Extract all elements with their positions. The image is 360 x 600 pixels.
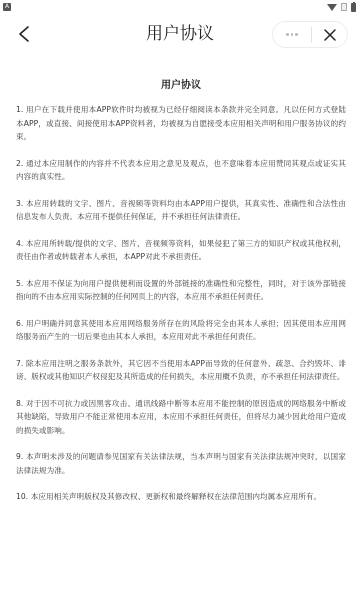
close-icon bbox=[323, 28, 337, 42]
no-sim-icon bbox=[341, 3, 347, 11]
more-dots-icon bbox=[291, 33, 294, 36]
clause-7: 7. 除本应用注明之服务条款外，其它因不当使用本APP而导致的任何意外、疏忽、合… bbox=[16, 357, 346, 384]
more-button[interactable] bbox=[273, 22, 311, 47]
clause-8: 8. 对于因不可抗力或因黑客攻击、通讯线路中断等本应用不能控制的原因造成的网络服… bbox=[16, 397, 346, 438]
clause-2: 2. 通过本应用制作的内容并不代表本应用之意见及观点，也不意味着本应用赞同其观点… bbox=[16, 157, 346, 184]
more-dots-icon bbox=[286, 33, 289, 36]
wifi-icon bbox=[327, 4, 337, 11]
status-icons bbox=[327, 2, 356, 12]
notification-a-icon: A bbox=[3, 3, 11, 11]
nav-bar: 用户协议 bbox=[0, 14, 360, 54]
mini-program-capsule bbox=[272, 21, 348, 48]
clause-6: 6. 用户明确并同意其使用本应用网络服务所存在的风险将完全由其本人承担；因其使用… bbox=[16, 317, 346, 344]
close-button[interactable] bbox=[312, 22, 347, 47]
chevron-left-icon bbox=[17, 25, 31, 43]
battery-icon bbox=[351, 3, 356, 12]
status-bar: A bbox=[0, 0, 360, 14]
agreement-content[interactable]: 用户协议 1. 用户在下载并使用本APP软件时均被视为已经仔细阅读本条款并完全同… bbox=[16, 80, 346, 517]
document-title: 用户协议 bbox=[16, 80, 346, 92]
clause-1: 1. 用户在下载并使用本APP软件时均被视为已经仔细阅读本条款并完全同意。凡以任… bbox=[16, 103, 346, 144]
clause-10: 10. 本应用相关声明版权及其修改权、更新权和最终解释权在法律范围内均属本应用所… bbox=[16, 490, 346, 504]
clause-9: 9. 本声明未涉及的问题请参见国家有关法律法规，当本声明与国家有关法律法规冲突时… bbox=[16, 450, 346, 477]
back-button[interactable] bbox=[12, 20, 36, 48]
more-dots-icon bbox=[295, 33, 298, 36]
clause-3: 3. 本应用转载的文字、图片、音视频等资料均由本APP用户提供，其真实性、准确性… bbox=[16, 197, 346, 224]
clause-5: 5. 本应用不保证为向用户提供便利而设置的外部链接的准确性和完整性，同时，对于该… bbox=[16, 277, 346, 304]
clause-4: 4. 本应用所转载/提供的文字、图片、音视频等资料，如果侵犯了第三方的知识产权或… bbox=[16, 237, 346, 264]
